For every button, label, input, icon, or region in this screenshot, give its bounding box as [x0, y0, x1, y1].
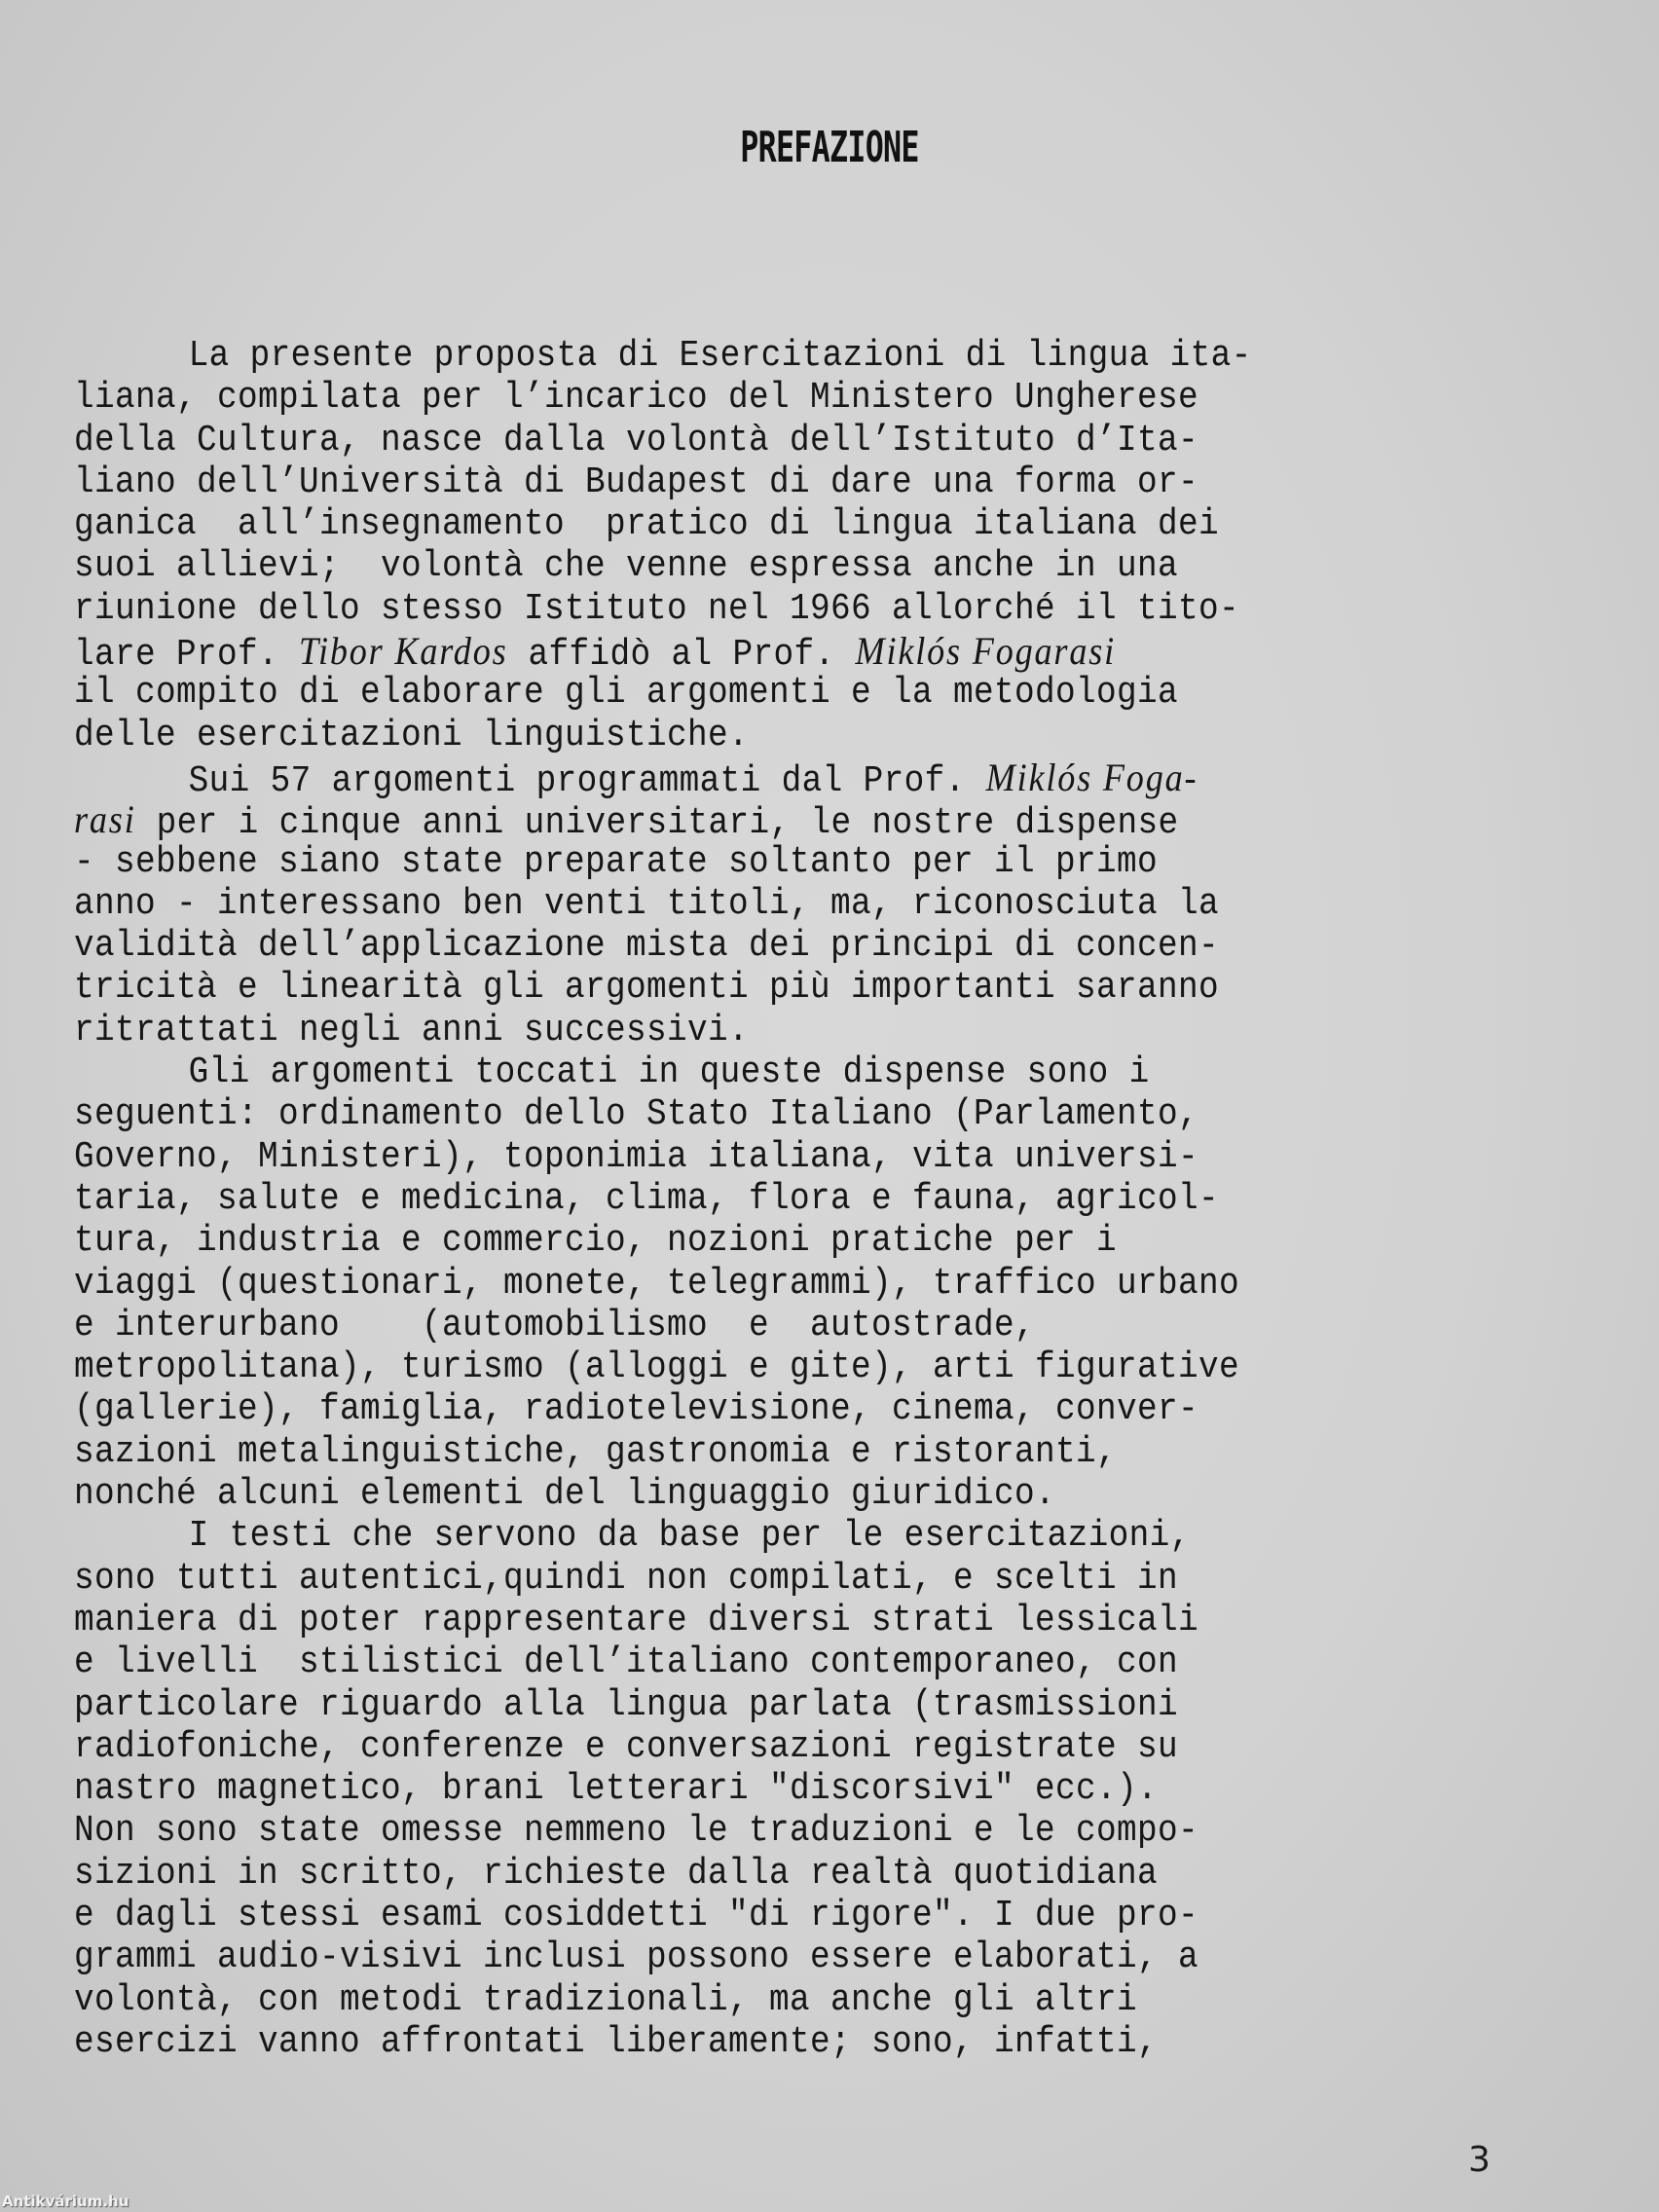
text-line: Governo, Ministeri), toponimia italiana,…	[74, 1136, 1484, 1178]
text-line: nastro magnetico, brani letterari "disco…	[74, 1768, 1484, 1810]
text-segment: (gallerie), famiglia, radiotelevisione, …	[74, 1388, 1198, 1430]
italic-name: Miklós Fogarasi	[856, 629, 1116, 673]
text-segment: grammi audio-visivi inclusi possono esse…	[74, 1936, 1198, 1978]
document-page: PREFAZIONE La presente proposta di Eserc…	[0, 0, 1659, 2212]
text-segment: sono tutti autentici,quindi non compilat…	[74, 1558, 1178, 1600]
text-line: maniera di poter rappresentare diversi s…	[74, 1600, 1484, 1641]
page-number: 3	[1468, 2140, 1491, 2180]
text-segment: il compito di elaborare gli argomenti e …	[74, 672, 1178, 714]
text-line: volontà, con metodi tradizionali, ma anc…	[74, 1979, 1484, 2021]
text-line: I testi che servono da base per le eserc…	[74, 1515, 1484, 1557]
text-segment: Governo, Ministeri), toponimia italiana,…	[74, 1136, 1198, 1178]
text-segment: radiofoniche, conferenze e conversazioni…	[74, 1726, 1178, 1768]
text-segment: nonché alcuni elementi del linguaggio gi…	[74, 1473, 1055, 1515]
text-line: ganica all’insegnamento pratico di lingu…	[74, 503, 1484, 545]
text-segment: sizioni in scritto, richieste dalla real…	[74, 1853, 1158, 1895]
text-line: Gli argomenti toccati in queste dispense…	[74, 1051, 1484, 1093]
text-line: e dagli stessi esami cosiddetti "di rigo…	[74, 1895, 1484, 1936]
text-segment: nastro magnetico, brani letterari "disco…	[74, 1768, 1158, 1810]
text-line: Sui 57 argomenti programmati dal Prof. M…	[74, 756, 1484, 798]
text-segment: lare Prof.	[74, 634, 299, 676]
text-segment: Non sono state omesse nemmeno le traduzi…	[74, 1810, 1198, 1852]
text-segment: e livelli stilistici dell’italiano conte…	[74, 1641, 1178, 1683]
text-line: nonché alcuni elementi del linguaggio gi…	[74, 1473, 1484, 1515]
text-line: lare Prof. Tibor Kardos affidò al Prof. …	[74, 630, 1484, 672]
text-segment: taria, salute e medicina, clima, flora e…	[74, 1178, 1219, 1220]
text-segment: I testi che servono da base per le eserc…	[189, 1515, 1191, 1557]
text-segment: tura, industria e commercio, nozioni pra…	[74, 1220, 1117, 1262]
text-line: Non sono state omesse nemmeno le traduzi…	[74, 1810, 1484, 1852]
text-line: liano dell’Università di Budapest di dar…	[74, 461, 1484, 503]
text-segment: delle esercitazioni linguistiche.	[74, 715, 749, 756]
text-segment: e interurbano (automobilismo e autostrad…	[74, 1305, 1035, 1346]
text-line: riunione dello stesso Istituto nel 1966 …	[74, 588, 1484, 630]
text-segment: anno - interessano ben venti titoli, ma,…	[74, 883, 1219, 925]
text-line: - sebbene siano state preparate soltanto…	[74, 841, 1484, 883]
text-segment: affidò al Prof.	[508, 634, 856, 676]
text-line: viaggi (questionari, monete, telegrammi)…	[74, 1263, 1484, 1305]
page-title: PREFAZIONE	[233, 123, 1427, 172]
text-line: seguenti: ordinamento dello Stato Italia…	[74, 1093, 1484, 1135]
text-segment: maniera di poter rappresentare diversi s…	[74, 1600, 1198, 1641]
text-segment: per i cinque anni universitari, le nostr…	[136, 802, 1179, 844]
italic-name: Tibor Kardos	[299, 629, 508, 673]
text-segment: La presente proposta di Esercitazioni di…	[189, 335, 1252, 377]
text-line: e interurbano (automobilismo e autostrad…	[74, 1305, 1484, 1346]
text-line: esercizi vanno affrontati liberamente; s…	[74, 2021, 1484, 2063]
text-line: tura, industria e commercio, nozioni pra…	[74, 1220, 1484, 1262]
text-line: sizioni in scritto, richieste dalla real…	[74, 1853, 1484, 1895]
text-segment: metropolitana), turismo (alloggi e gite)…	[74, 1346, 1239, 1388]
text-line: sazioni metalinguistiche, gastronomia e …	[74, 1431, 1484, 1473]
text-segment: particolare riguardo alla lingua parlata…	[74, 1684, 1178, 1726]
text-line: anno - interessano ben venti titoli, ma,…	[74, 883, 1484, 925]
italic-name: Miklós Foga-	[986, 756, 1198, 799]
text-segment: volontà, con metodi tradizionali, ma anc…	[74, 1979, 1137, 2021]
text-segment: e dagli stessi esami cosiddetti "di rigo…	[74, 1895, 1198, 1936]
text-line: particolare riguardo alla lingua parlata…	[74, 1684, 1484, 1726]
text-line: La presente proposta di Esercitazioni di…	[74, 335, 1484, 377]
text-segment: seguenti: ordinamento dello Stato Italia…	[74, 1093, 1198, 1135]
text-line: tricità e linearità gli argomenti più im…	[74, 967, 1484, 1009]
text-line: rasi per i cinque anni universitari, le …	[74, 798, 1484, 840]
text-segment: validità dell’applicazione mista dei pri…	[74, 925, 1219, 967]
text-line: delle esercitazioni linguistiche.	[74, 715, 1484, 756]
text-segment: ritrattati negli anni successivi.	[74, 1010, 749, 1051]
text-segment: esercizi vanno affrontati liberamente; s…	[74, 2021, 1158, 2063]
text-segment: liana, compilata per l’incarico del Mini…	[74, 377, 1198, 419]
text-line: grammi audio-visivi inclusi possono esse…	[74, 1936, 1484, 1978]
text-line: liana, compilata per l’incarico del Mini…	[74, 377, 1484, 419]
text-line: il compito di elaborare gli argomenti e …	[74, 672, 1484, 714]
text-line: sono tutti autentici,quindi non compilat…	[74, 1558, 1484, 1600]
text-segment: tricità e linearità gli argomenti più im…	[74, 967, 1219, 1009]
text-segment: liano dell’Università di Budapest di dar…	[74, 461, 1198, 503]
text-segment: sazioni metalinguistiche, gastronomia e …	[74, 1431, 1117, 1473]
text-segment: viaggi (questionari, monete, telegrammi)…	[74, 1263, 1239, 1305]
text-segment: della Cultura, nasce dalla volontà dell’…	[74, 420, 1198, 461]
watermark: Antikvárium.hu	[2, 2193, 129, 2210]
text-segment: suoi allievi; volontà che venne espressa…	[74, 545, 1178, 587]
text-segment: - sebbene siano state preparate soltanto…	[74, 841, 1158, 883]
text-segment: Gli argomenti toccati in queste dispense…	[189, 1051, 1150, 1093]
text-segment: Sui 57 argomenti programmati dal Prof.	[189, 760, 986, 802]
text-segment: ganica all’insegnamento pratico di lingu…	[74, 503, 1219, 545]
text-line: metropolitana), turismo (alloggi e gite)…	[74, 1346, 1484, 1388]
text-line: radiofoniche, conferenze e conversazioni…	[74, 1726, 1484, 1768]
text-segment: riunione dello stesso Istituto nel 1966 …	[74, 588, 1239, 630]
preface-body: La presente proposta di Esercitazioni di…	[74, 335, 1632, 2063]
text-line: della Cultura, nasce dalla volontà dell’…	[74, 420, 1484, 461]
italic-name: rasi	[74, 797, 136, 841]
text-line: validità dell’applicazione mista dei pri…	[74, 925, 1484, 967]
text-line: suoi allievi; volontà che venne espressa…	[74, 545, 1484, 587]
text-line: taria, salute e medicina, clima, flora e…	[74, 1178, 1484, 1220]
text-line: e livelli stilistici dell’italiano conte…	[74, 1641, 1484, 1683]
text-line: ritrattati negli anni successivi.	[74, 1010, 1484, 1051]
text-line: (gallerie), famiglia, radiotelevisione, …	[74, 1388, 1484, 1430]
